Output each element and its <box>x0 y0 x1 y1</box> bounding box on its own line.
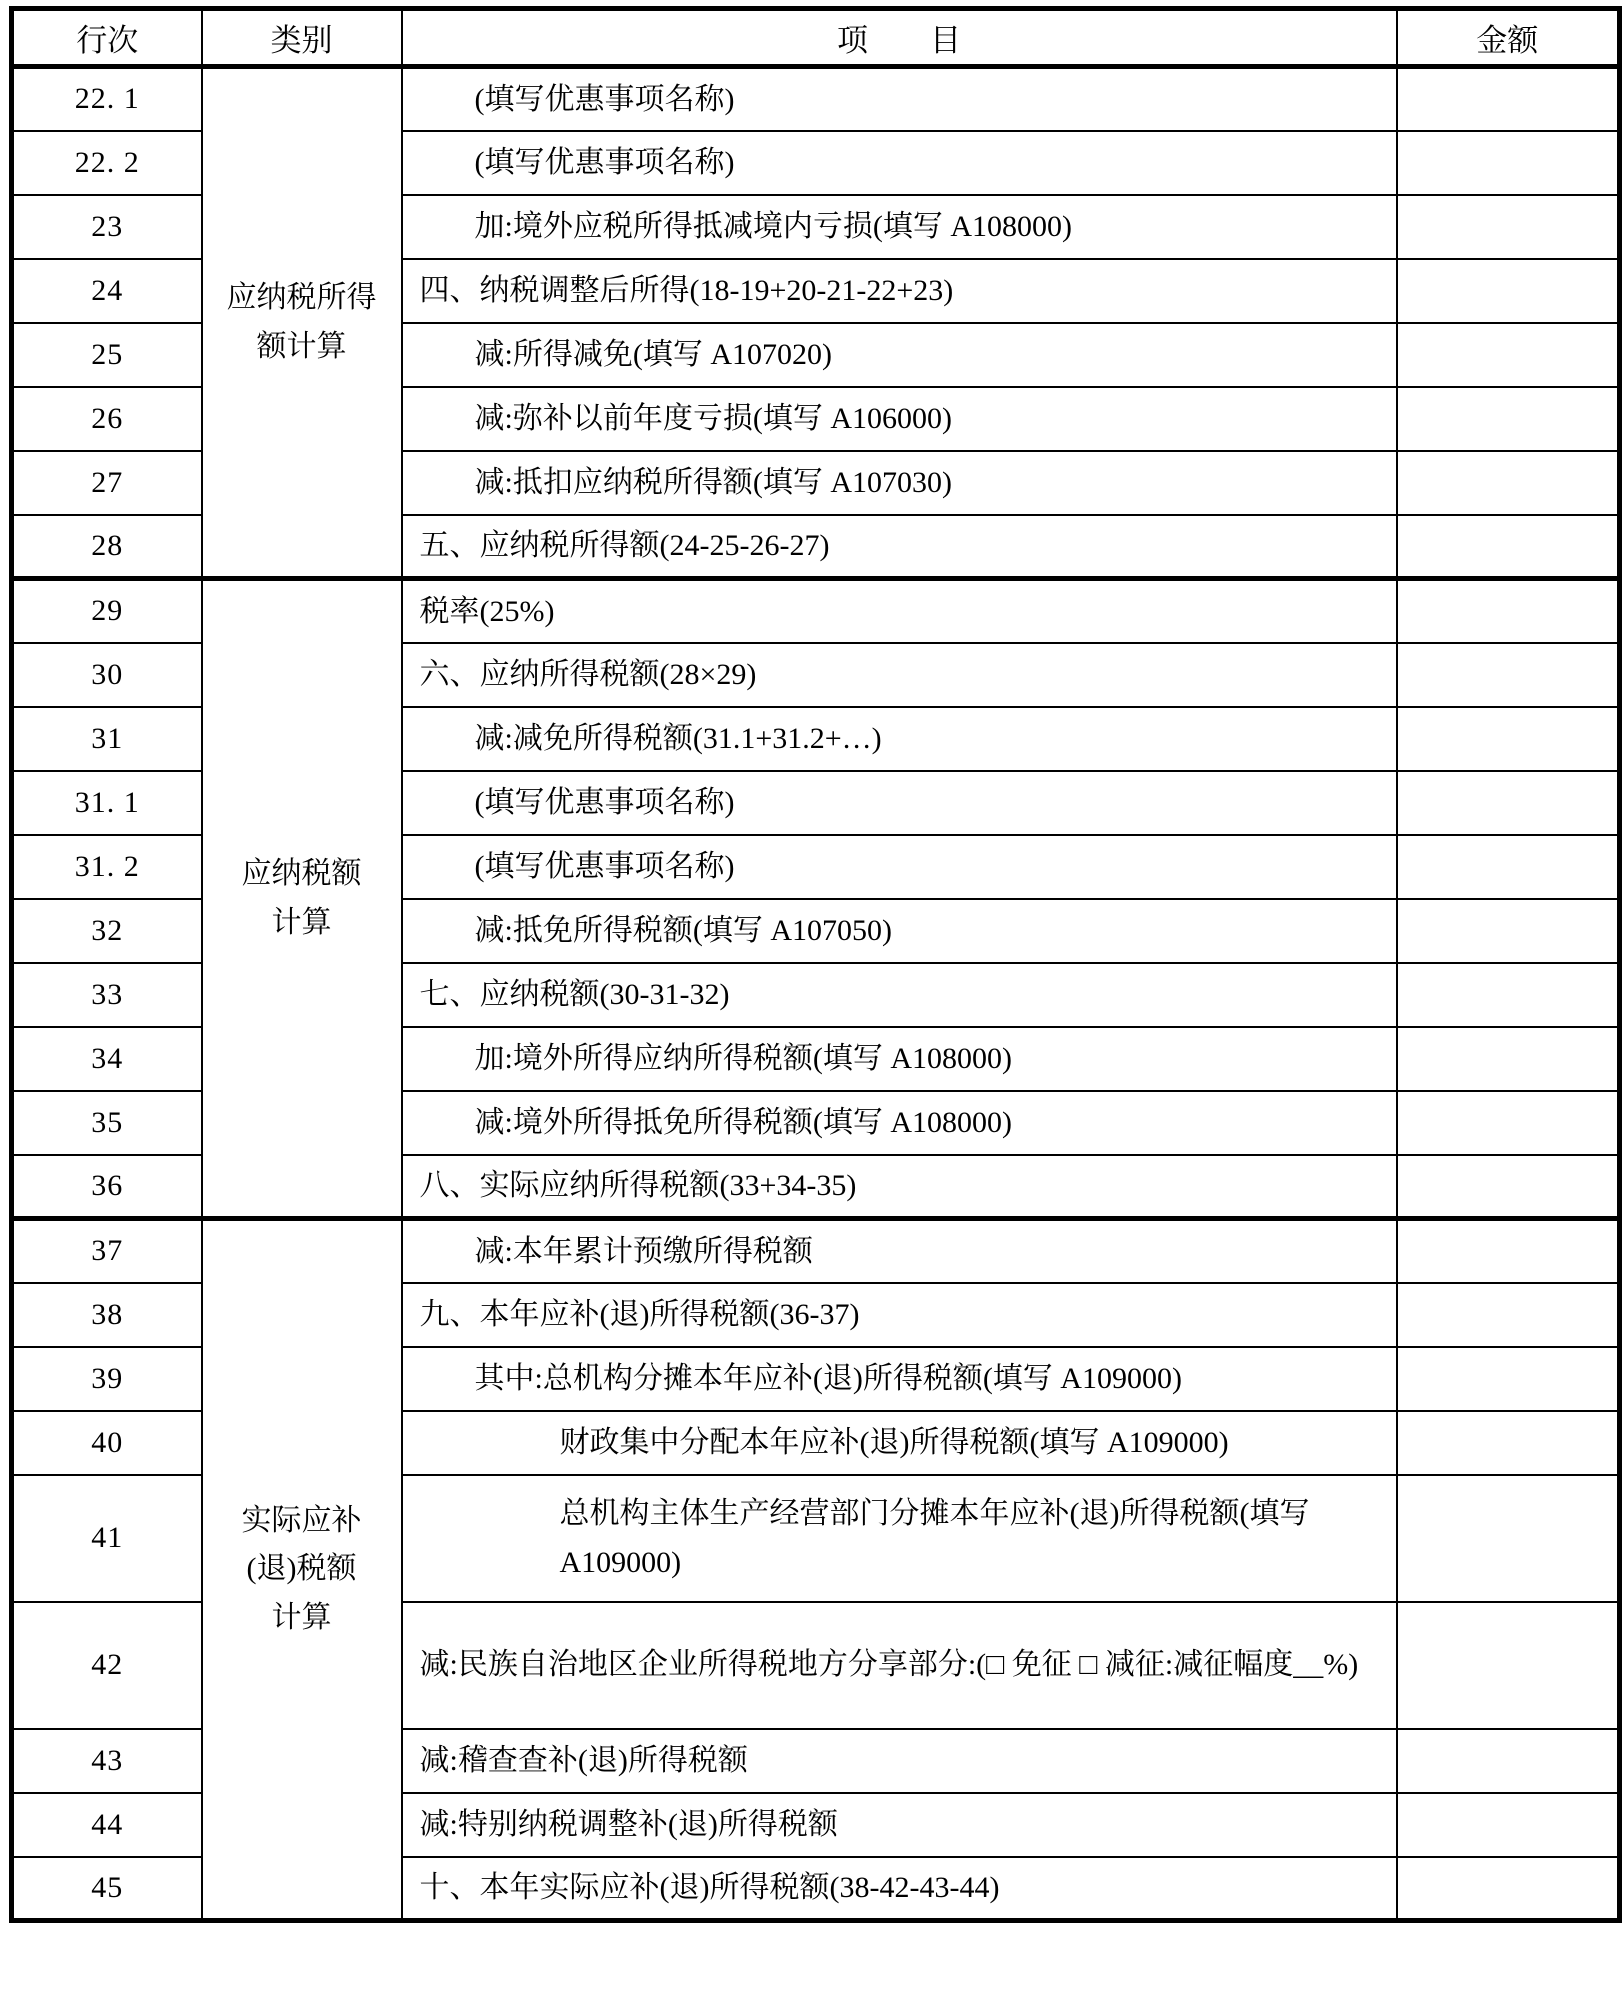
row-number-cell: 29 <box>12 579 202 643</box>
item-cell: 减:抵免所得税额(填写 A107050) <box>402 899 1397 963</box>
row-number-cell: 22. 2 <box>12 131 202 195</box>
item-cell: 六、应纳所得税额(28×29) <box>402 643 1397 707</box>
category-cell: 应纳税额计算 <box>202 579 402 1219</box>
row-number-cell: 31 <box>12 707 202 771</box>
amount-cell <box>1397 771 1620 835</box>
row-number-cell: 27 <box>12 451 202 515</box>
item-cell: 七、应纳税额(30-31-32) <box>402 963 1397 1027</box>
amount-cell <box>1397 131 1620 195</box>
row-number-cell: 32 <box>12 899 202 963</box>
header-row: 行次 类别 项 目 金额 <box>12 9 1620 67</box>
item-cell: 减:特别纳税调整补(退)所得税额 <box>402 1793 1397 1857</box>
row-number-cell: 31. 2 <box>12 835 202 899</box>
amount-cell <box>1397 1857 1620 1921</box>
item-cell: 减:抵扣应纳税所得额(填写 A107030) <box>402 451 1397 515</box>
category-cell: 实际应补(退)税额计算 <box>202 1219 402 1921</box>
table-header: 行次 类别 项 目 金额 <box>12 9 1620 67</box>
header-cell-item: 项 目 <box>402 9 1397 67</box>
amount-cell <box>1397 1411 1620 1475</box>
table-row: 29应纳税额计算税率(25%) <box>12 579 1620 643</box>
item-cell: 加:境外应税所得抵减境内亏损(填写 A108000) <box>402 195 1397 259</box>
amount-cell <box>1397 1347 1620 1411</box>
row-number-cell: 36 <box>12 1155 202 1219</box>
amount-cell <box>1397 1027 1620 1091</box>
amount-cell <box>1397 259 1620 323</box>
row-number-cell: 31. 1 <box>12 771 202 835</box>
amount-cell <box>1397 451 1620 515</box>
row-number-cell: 26 <box>12 387 202 451</box>
row-number-cell: 39 <box>12 1347 202 1411</box>
item-cell: 减:稽查查补(退)所得税额 <box>402 1729 1397 1793</box>
amount-cell <box>1397 195 1620 259</box>
amount-cell <box>1397 1283 1620 1347</box>
row-number-cell: 38 <box>12 1283 202 1347</box>
amount-cell <box>1397 387 1620 451</box>
table-body: 22. 1应纳税所得额计算(填写优惠事项名称)22. 2(填写优惠事项名称)23… <box>12 67 1620 1921</box>
row-number-cell: 44 <box>12 1793 202 1857</box>
row-number-cell: 33 <box>12 963 202 1027</box>
item-cell: 八、实际应纳所得税额(33+34-35) <box>402 1155 1397 1219</box>
scanned-tax-form-page: 行次 类别 项 目 金额 22. 1应纳税所得额计算(填写优惠事项名称)22. … <box>0 0 1623 1994</box>
item-cell: 税率(25%) <box>402 579 1397 643</box>
row-number-cell: 28 <box>12 515 202 579</box>
amount-cell <box>1397 899 1620 963</box>
amount-cell <box>1397 323 1620 387</box>
amount-cell <box>1397 1475 1620 1602</box>
tax-form-table: 行次 类别 项 目 金额 22. 1应纳税所得额计算(填写优惠事项名称)22. … <box>9 6 1622 1923</box>
item-cell: 减:弥补以前年度亏损(填写 A106000) <box>402 387 1397 451</box>
category-cell: 应纳税所得额计算 <box>202 67 402 579</box>
item-cell: 减:减免所得税额(31.1+31.2+…) <box>402 707 1397 771</box>
row-number-cell: 37 <box>12 1219 202 1283</box>
row-number-cell: 34 <box>12 1027 202 1091</box>
row-number-cell: 45 <box>12 1857 202 1921</box>
item-cell: 总机构主体生产经营部门分摊本年应补(退)所得税额(填写 A109000) <box>402 1475 1397 1602</box>
table-row: 37实际应补(退)税额计算减:本年累计预缴所得税额 <box>12 1219 1620 1283</box>
row-number-cell: 23 <box>12 195 202 259</box>
amount-cell <box>1397 515 1620 579</box>
amount-cell <box>1397 1602 1620 1729</box>
item-cell: 减:所得减免(填写 A107020) <box>402 323 1397 387</box>
item-cell: (填写优惠事项名称) <box>402 131 1397 195</box>
amount-cell <box>1397 1155 1620 1219</box>
amount-cell <box>1397 1729 1620 1793</box>
amount-cell <box>1397 835 1620 899</box>
amount-cell <box>1397 643 1620 707</box>
amount-cell <box>1397 1793 1620 1857</box>
row-number-cell: 25 <box>12 323 202 387</box>
amount-cell <box>1397 707 1620 771</box>
row-number-cell: 42 <box>12 1602 202 1729</box>
row-number-cell: 22. 1 <box>12 67 202 131</box>
item-cell: (填写优惠事项名称) <box>402 835 1397 899</box>
item-cell: 九、本年应补(退)所得税额(36-37) <box>402 1283 1397 1347</box>
item-cell: (填写优惠事项名称) <box>402 67 1397 131</box>
row-number-cell: 35 <box>12 1091 202 1155</box>
item-cell: 减:民族自治地区企业所得税地方分享部分:(□ 免征 □ 减征:减征幅度__%) <box>402 1602 1397 1729</box>
amount-cell <box>1397 1091 1620 1155</box>
header-cell-amount: 金额 <box>1397 9 1620 67</box>
item-cell: 十、本年实际应补(退)所得税额(38-42-43-44) <box>402 1857 1397 1921</box>
item-cell: 其中:总机构分摊本年应补(退)所得税额(填写 A109000) <box>402 1347 1397 1411</box>
row-number-cell: 40 <box>12 1411 202 1475</box>
amount-cell <box>1397 67 1620 131</box>
row-number-cell: 24 <box>12 259 202 323</box>
item-cell: 减:境外所得抵免所得税额(填写 A108000) <box>402 1091 1397 1155</box>
item-cell: 五、应纳税所得额(24-25-26-27) <box>402 515 1397 579</box>
amount-cell <box>1397 579 1620 643</box>
header-cell-category: 类别 <box>202 9 402 67</box>
header-cell-row-no: 行次 <box>12 9 202 67</box>
row-number-cell: 43 <box>12 1729 202 1793</box>
row-number-cell: 41 <box>12 1475 202 1602</box>
amount-cell <box>1397 1219 1620 1283</box>
item-cell: 财政集中分配本年应补(退)所得税额(填写 A109000) <box>402 1411 1397 1475</box>
row-number-cell: 30 <box>12 643 202 707</box>
item-cell: 四、纳税调整后所得(18-19+20-21-22+23) <box>402 259 1397 323</box>
item-cell: (填写优惠事项名称) <box>402 771 1397 835</box>
item-cell: 减:本年累计预缴所得税额 <box>402 1219 1397 1283</box>
amount-cell <box>1397 963 1620 1027</box>
item-cell: 加:境外所得应纳所得税额(填写 A108000) <box>402 1027 1397 1091</box>
table-row: 22. 1应纳税所得额计算(填写优惠事项名称) <box>12 67 1620 131</box>
